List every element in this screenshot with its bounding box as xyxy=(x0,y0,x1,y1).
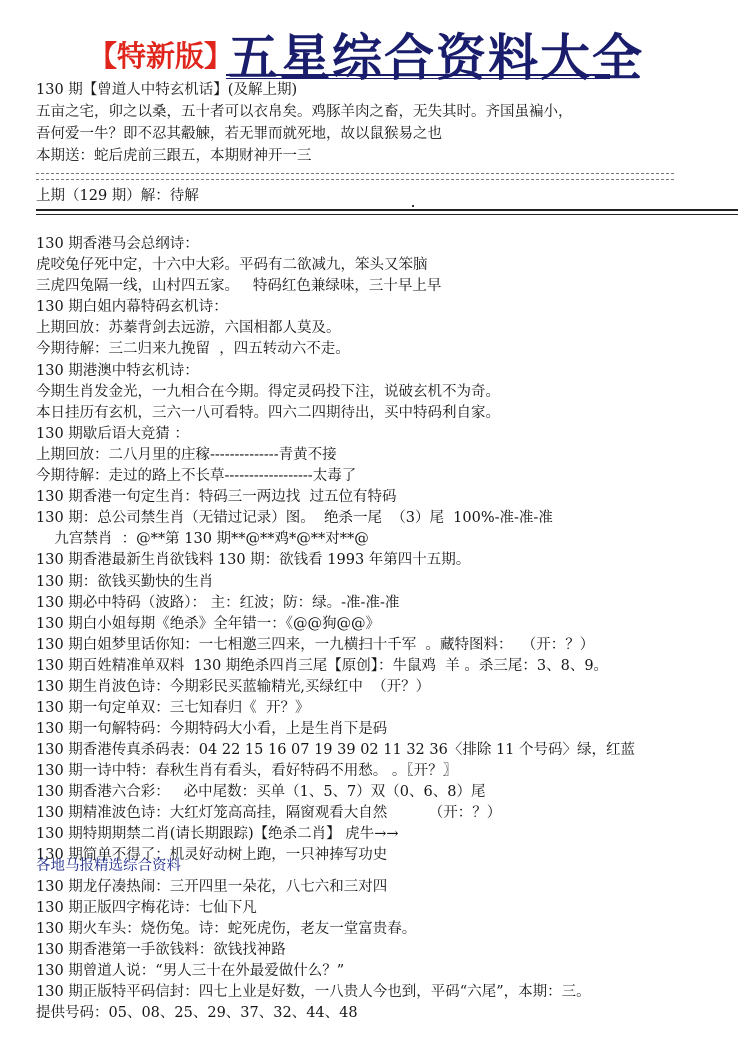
section-heading: 各地马报精选综合资料 xyxy=(36,856,181,876)
section-line: 130 期正版四字梅花诗：七仙下凡 xyxy=(36,898,257,918)
content-line: 130 期港澳中特玄机诗： xyxy=(36,361,199,381)
intro-line: 五亩之宅，卯之以桑，五十者可以衣帛矣。鸡豚羊肉之畜，无失其时。齐国虽褊小， xyxy=(36,102,573,122)
equals-divider xyxy=(36,173,674,180)
section-line: 130 期正版特平码信封：四七上业是好数，一八贵人今也到，平码“六尾”，本期：三… xyxy=(36,982,591,1002)
stray-dot xyxy=(412,205,414,207)
content-line: 今期待解：走过的路上不长草------------------太毒了 xyxy=(36,466,356,486)
section-line: 130 期香港第一手欲钱料：欲钱找神路 xyxy=(36,940,286,960)
content-line: 130 期香港最新生肖欲钱料 130 期：欲钱看 1993 年第四十五期。 xyxy=(36,550,470,570)
content-line: 130 期白小姐每期《绝杀》全年错一：《@@狗@@》 xyxy=(36,614,380,634)
intro-heading: 130 期【曾道人中特玄机话】(及解上期) xyxy=(36,80,297,100)
intro-line: 本期送：蛇后虎前三跟五，本期财神开一三 xyxy=(36,146,312,166)
section-line: 130 期曾道人说：“男人三十在外最爱做什么？” xyxy=(36,961,344,981)
content-line: 130 期歇后语大竞猜 ： xyxy=(36,424,189,444)
content-line: 虎咬兔仔死中定，十六中大彩。平码有二欲减九，笨头又笨脑 xyxy=(36,255,428,275)
content-line: 上期回放：苏蓁背剑去远游，六国相都人莫及。 xyxy=(36,318,341,338)
page-header: 【特新版】 五星综合资料大全 xyxy=(0,0,754,80)
content-line: 130 期一句解特码：今期特码大小看，上是生肖下是码 xyxy=(36,719,387,739)
content-line: 130 期香港传真杀码表：04 22 15 16 07 19 39 02 11 … xyxy=(36,740,635,760)
content-line: 130 期百姓精准单双料 130 期绝杀四肖三尾【原创】：牛鼠鸡 羊 。杀三尾：… xyxy=(36,656,608,676)
content-line: 130 期香港六合彩： 必中尾数：买单（1、5、7）双（0、6、8）尾 xyxy=(36,782,485,802)
title-underline-thin xyxy=(226,78,610,79)
content-line: 130 期白姐梦里话你知：一七相邀三四来，一九横扫十千军 。藏特图料： （开：？… xyxy=(36,635,594,655)
double-divider xyxy=(36,209,738,215)
section-line: 130 期火车头：烧伤兔。诗：蛇死虎伤，老友一堂富贵春。 xyxy=(36,919,416,939)
section-line: 130 期龙仔凑热闹：三开四里一朵花，八七六和三对四 xyxy=(36,877,387,897)
content-line: 130 期一诗中特：春秋生肖有看头，看好特码不用愁。 。〖开？〗 xyxy=(36,761,457,781)
content-line: 130 期必中特码（波路）： 主：红波；防：绿。-准-准-准 xyxy=(36,593,399,613)
content-line: 130 期精准波色诗：大红灯笼高高挂，隔窗观看大自然 （开：？） xyxy=(36,803,501,823)
content-line: 今期待解：三二归来九挽留 ，四五转动六不走。 xyxy=(36,339,350,359)
content-line: 上期回放：二八月里的庄稼--------------青黄不接 xyxy=(36,445,337,465)
content-line: 130 期白姐内幕特码玄机诗： xyxy=(36,297,228,317)
content-line: 今期生肖发金光，一九相合在今期。得定灵码投下注，说破玄机不为奇。 xyxy=(36,382,500,402)
content-line: 130 期生肖波色诗：今期彩民买蓝输精光,买绿红中 （开？） xyxy=(36,677,430,697)
intro-line: 吾何爱一牛？即不忍其觳觫，若无罪而就死地，故以鼠猴易之也 xyxy=(36,124,442,144)
title-underline xyxy=(226,74,610,76)
content-line: 130 期香港马会总纲诗： xyxy=(36,234,199,254)
content-line: 130 期特期期禁二肖(请长期跟踪)【绝杀二肖】 虎牛→→ xyxy=(36,824,399,844)
content-line: 九宫禁肖 ：@**第 130 期**@**鸡*@**对**@ xyxy=(36,529,369,549)
content-line: 本日挂历有玄机，三六一八可看特。四六二四期待出，买中特码利自家。 xyxy=(36,403,500,423)
section-line: 提供号码：05、08、25、29、37、32、44、48 xyxy=(36,1003,358,1023)
last-period-answer: 上期（129 期）解：待解 xyxy=(36,186,199,206)
edition-badge: 【特新版】 xyxy=(88,34,233,75)
content-line: 130 期：总公司禁生肖（无错过记录）图。 绝杀一尾 （3）尾 100%-准-准… xyxy=(36,508,553,528)
content-line: 130 期：欲钱买勤快的生肖 xyxy=(36,572,213,592)
content-line: 三虎四兔隔一线，山村四五家。 特码红色兼绿味，三十早上早 xyxy=(36,276,441,296)
content-line: 130 期香港一句定生肖：特码三一两边找 过五位有特码 xyxy=(36,487,397,507)
content-line: 130 期一句定单双：三七知春归《 开？》 xyxy=(36,698,310,718)
